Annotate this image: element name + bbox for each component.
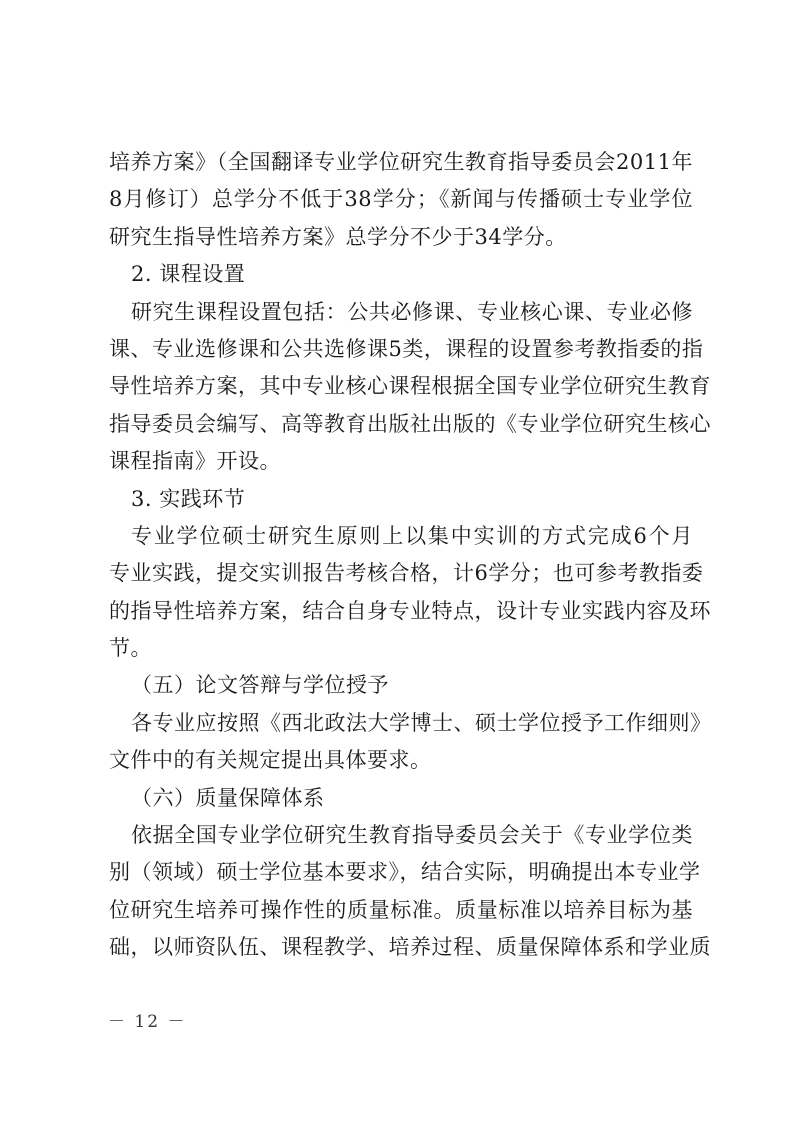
page-number: － 12 － <box>108 1007 186 1032</box>
text-line: 研究生指导性培养方案》总学分不少于34学分。 <box>109 219 693 256</box>
section-heading-thesis-defense: （五）论文答辩与学位授予 <box>109 667 693 704</box>
text-line: 导性培养方案，其中专业核心课程根据全国专业学位研究生教育 <box>109 368 693 405</box>
text-line: 专业实践，提交实训报告考核合格，计6学分；也可参考教指委 <box>109 555 693 592</box>
section-heading-course-setup: 2. 课程设置 <box>109 256 693 293</box>
text-line: 课、专业选修课和公共选修课5类，课程的设置参考教指委的指 <box>109 331 693 368</box>
text-line: 文件中的有关规定提出具体要求。 <box>109 742 693 779</box>
text-line: 各专业应按照《西北政法大学博士、硕士学位授予工作细则》 <box>109 705 693 742</box>
text-line: 的指导性培养方案，结合自身专业特点，设计专业实践内容及环 <box>109 593 693 630</box>
text-line: 节。 <box>109 630 693 667</box>
text-line: 课程指南》开设。 <box>109 443 693 480</box>
text-line: 础，以师资队伍、课程教学、培养过程、质量保障体系和学业质 <box>109 929 693 966</box>
section-heading-practice: 3. 实践环节 <box>109 481 693 518</box>
text-line: 别（领域）硕士学位基本要求》，结合实际，明确提出本专业学 <box>109 854 693 891</box>
document-page: 培养方案》（全国翻译专业学位研究生教育指导委员会2011年 8月修订）总学分不低… <box>109 144 693 967</box>
text-line: 研究生课程设置包括：公共必修课、专业核心课、专业必修 <box>109 294 693 331</box>
text-line: 8月修订）总学分不低于38学分；《新闻与传播硕士专业学位 <box>109 181 693 218</box>
text-line: 位研究生培养可操作性的质量标准。质量标准以培养目标为基 <box>109 892 693 929</box>
text-line: 专业学位硕士研究生原则上以集中实训的方式完成6个月 <box>109 518 693 555</box>
text-line: 依据全国专业学位研究生教育指导委员会关于《专业学位类 <box>109 817 693 854</box>
text-line: 指导委员会编写、高等教育出版社出版的《专业学位研究生核心 <box>109 406 693 443</box>
text-line: 培养方案》（全国翻译专业学位研究生教育指导委员会2011年 <box>109 144 693 181</box>
section-heading-quality-assurance: （六）质量保障体系 <box>109 780 693 817</box>
